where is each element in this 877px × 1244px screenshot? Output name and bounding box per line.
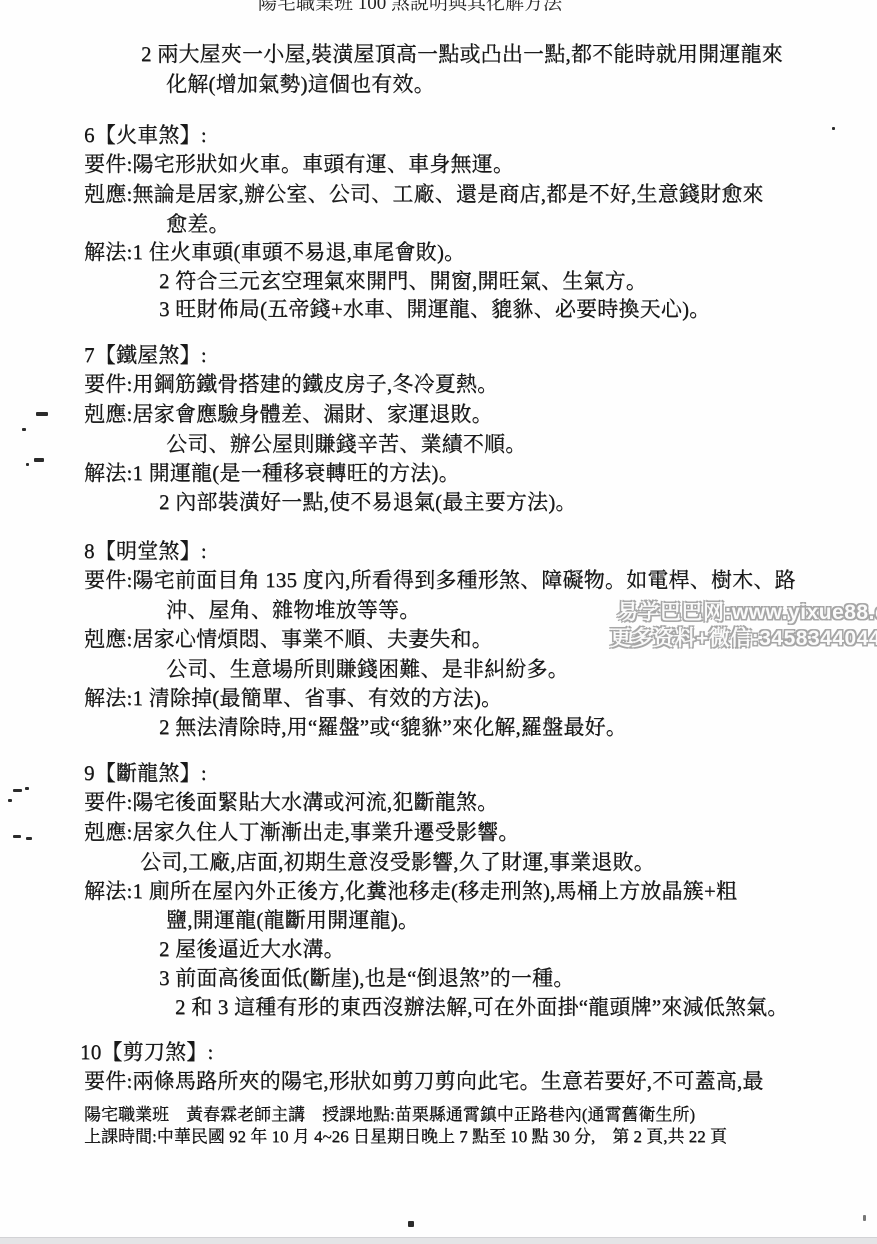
section-9-line: 3 前面高後面低(斷崖),也是“倒退煞”的一種。 <box>159 966 574 991</box>
section-8-line: 解法:1 清除掉(最簡單、省事、有效的方法)。 <box>84 686 502 711</box>
watermark-line-2: 更多资料+微信:3458344044 <box>610 622 877 652</box>
scan-speck <box>863 1215 866 1221</box>
page-header-title: 陽宅職業班 100 煞說明與其化解方法 <box>258 0 562 15</box>
intro-line-2: 化解(增加氣勢)這個也有效。 <box>166 72 435 97</box>
section-9-line: 要件:陽宅後面緊貼大水溝或河流,犯斷龍煞。 <box>84 790 498 815</box>
scan-speck <box>36 412 48 416</box>
section-8-line: 要件:陽宅前面目角 135 度內,所看得到多種形煞、障礙物。如電桿、樹木、路 <box>84 568 796 593</box>
section-7-line: 要件:用鋼筋鐵骨搭建的鐵皮房子,冬冷夏熱。 <box>84 372 498 397</box>
section-6-line: 愈差。 <box>166 212 230 237</box>
section-7-line: 剋應:居家會應驗身體差、漏財、家運退敗。 <box>84 402 493 427</box>
scan-speck <box>408 1221 414 1227</box>
section-6-line: 3 旺財佈局(五帝錢+水車、開運龍、貔貅、必要時換天心)。 <box>159 297 710 322</box>
scan-speck <box>34 458 44 462</box>
section-10-heading: 10【剪刀煞】: <box>80 1040 213 1065</box>
scan-speck <box>13 789 22 792</box>
section-8-line: 剋應:居家心情煩悶、事業不順、夫妻失和。 <box>84 627 493 652</box>
section-6-line: 2 符合三元玄空理氣來開門、開窗,開旺氣、生氣方。 <box>159 269 647 294</box>
section-9-heading: 9【斷龍煞】: <box>84 761 207 786</box>
scan-speck <box>8 799 12 802</box>
section-6-line: 剋應:無論是居家,辦公室、公司、工廠、還是商店,都是不好,生意錢財愈來 <box>84 182 764 207</box>
section-8-line: 2 無法清除時,用“羅盤”或“貔貅”來化解,羅盤最好。 <box>159 715 627 740</box>
section-9-line: 剋應:居家久住人丁漸漸出走,事業升遷受影響。 <box>84 820 519 845</box>
section-10-line: 要件:兩條馬路所夾的陽宅,形狀如剪刀剪向此宅。生意若要好,不可蓋高,最 <box>84 1069 764 1094</box>
scan-speck <box>26 463 29 466</box>
section-8-heading: 8【明堂煞】: <box>84 539 207 564</box>
section-6-line: 要件:陽宅形狀如火車。車頭有運、車身無運。 <box>84 152 514 177</box>
section-7-line: 解法:1 開運龍(是一種移衰轉旺的方法)。 <box>84 461 460 486</box>
scan-bottom-strip <box>0 1237 877 1244</box>
section-9-line: 公司,工廠,店面,初期生意沒受影響,久了財運,事業退敗。 <box>140 850 655 875</box>
section-7-line: 2 內部裝潢好一點,使不易退氣(最主要方法)。 <box>159 490 577 515</box>
section-7-heading: 7【鐵屋煞】: <box>84 343 207 368</box>
scan-speck <box>13 835 21 838</box>
scan-speck <box>25 787 29 790</box>
scan-speck <box>26 837 32 840</box>
intro-line-1: 2 兩大屋夾一小屋,裝潢屋頂高一點或凸出一點,都不能時就用開運龍來 <box>141 42 783 67</box>
section-8-line: 公司、生意場所則賺錢困難、是非糾紛多。 <box>166 657 569 682</box>
section-7-line: 公司、辦公屋則賺錢辛苦、業績不順。 <box>166 432 526 457</box>
footer-line-2: 上課時間:中華民國 92 年 10 月 4~26 日星期日晚上 7 點至 10 … <box>84 1126 727 1147</box>
section-6-line: 解法:1 住火車頭(車頭不易退,車尾會敗)。 <box>84 240 465 265</box>
scan-speck <box>832 127 835 130</box>
footer-line-1: 陽宅職業班 黃春霖老師主講 授課地點:苗栗縣通霄鎮中正路巷內(通霄舊衛生所) <box>84 1104 695 1125</box>
section-9-line: 2 和 3 這種有形的東西沒辦法解,可在外面掛“龍頭牌”來減低煞氣。 <box>175 995 788 1020</box>
section-6-heading: 6【火車煞】: <box>84 123 207 148</box>
section-8-line: 沖、屋角、雜物堆放等等。 <box>166 598 420 623</box>
section-9-line: 解法:1 廁所在屋內外正後方,化糞池移走(移走刑煞),馬桶上方放晶簇+粗 <box>84 879 737 904</box>
section-9-line: 2 屋後逼近大水溝。 <box>159 937 345 962</box>
scan-speck <box>22 428 26 431</box>
document-page: 陽宅職業班 100 煞說明與其化解方法 2 兩大屋夾一小屋,裝潢屋頂高一點或凸出… <box>0 0 877 1244</box>
section-9-line: 鹽,開運龍(龍斷用開運龍)。 <box>166 908 419 933</box>
